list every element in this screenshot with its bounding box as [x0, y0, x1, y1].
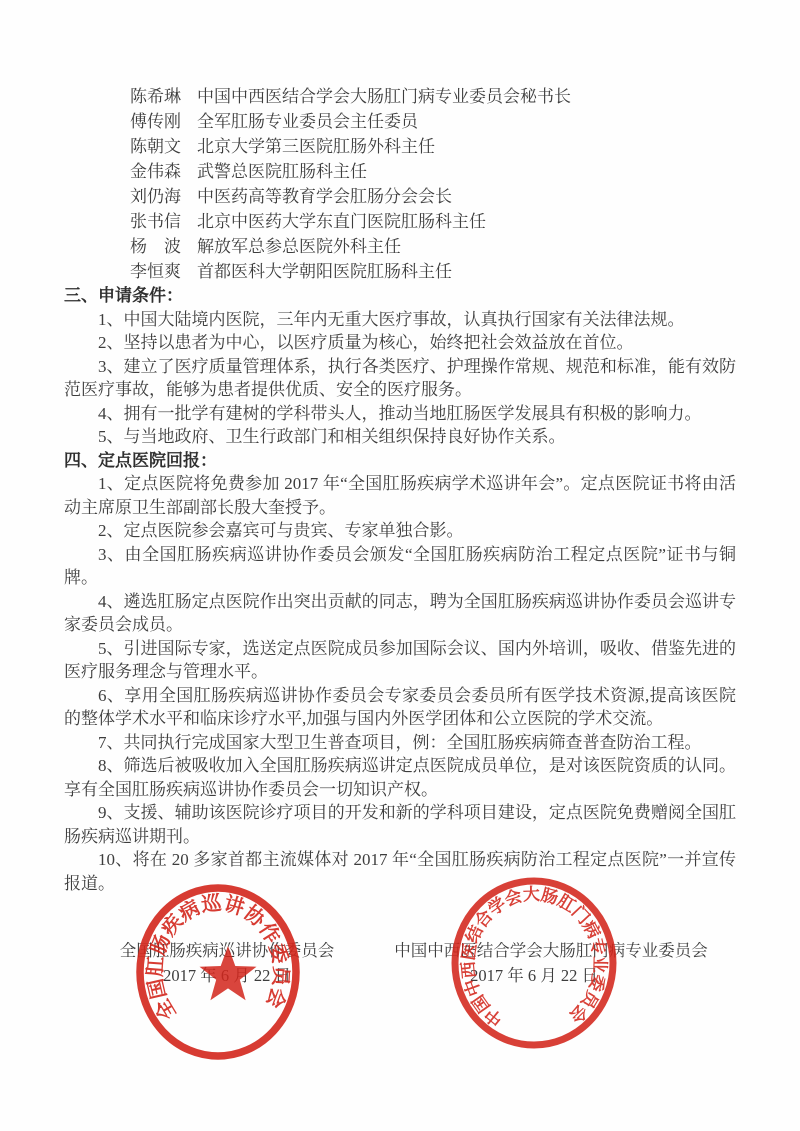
- signature-date-right: 2017 年 6 月 22 日: [392, 964, 710, 989]
- return-item: 6、享用全国肛肠疾病巡讲协作委员会专家委员会委员所有医学技术资源,提高该医院的整…: [64, 684, 736, 731]
- member-title: 北京大学第三医院肛肠外科主任: [197, 134, 736, 159]
- return-item: 8、筛选后被吸收加入全国肛肠疾病巡讲定点医院成员单位，是对该医院资质的认同。享有…: [64, 754, 736, 801]
- return-item: 3、由全国肛肠疾病巡讲协作委员会颁发“全国肛肠疾病防治工程定点医院”证书与铜牌。: [64, 543, 736, 590]
- member-title: 武警总医院肛肠科主任: [197, 159, 736, 184]
- member-row: 傅传刚 全军肛肠专业委员会主任委员: [130, 109, 736, 134]
- member-title: 全军肛肠专业委员会主任委员: [197, 109, 736, 134]
- member-name: 金伟森: [130, 159, 197, 184]
- member-name: 杨 波: [130, 234, 197, 259]
- committee-members-list: 陈希琳 中国中西医结合学会大肠肛门病专业委员会秘书长 傅传刚 全军肛肠专业委员会…: [130, 84, 736, 284]
- member-row: 陈希琳 中国中西医结合学会大肠肛门病专业委员会秘书长: [130, 84, 736, 109]
- member-title: 中医药高等教育学会肛肠分会会长: [197, 184, 736, 209]
- member-row: 刘仍海 中医药高等教育学会肛肠分会会长: [130, 184, 736, 209]
- member-title: 首都医科大学朝阳医院肛肠科主任: [197, 259, 736, 284]
- member-row: 陈朝文 北京大学第三医院肛肠外科主任: [130, 134, 736, 159]
- signature-org-right: 中国中西医结合学会大肠肛门病专业委员会: [392, 939, 710, 964]
- condition-item: 5、与当地政府、卫生行政部门和相关组织保持良好协作关系。: [64, 425, 736, 449]
- member-name: 陈希琳: [130, 84, 197, 109]
- section-heading-application-conditions: 三、申请条件：: [64, 284, 736, 308]
- member-row: 张书信 北京中医药大学东直门医院肛肠科主任: [130, 209, 736, 234]
- signature-date-left: 2017 年 6 月 22 日: [118, 964, 336, 989]
- document-body: 陈希琳 中国中西医结合学会大肠肛门病专业委员会秘书长 傅传刚 全军肛肠专业委员会…: [64, 84, 736, 895]
- member-row: 杨 波 解放军总参总医院外科主任: [130, 234, 736, 259]
- signature-block-right: 中国中西医结合学会大肠肛门病专业委员会 2017 年 6 月 22 日: [392, 939, 710, 988]
- return-item: 2、定点医院参会嘉宾可与贵宾、专家单独合影。: [64, 519, 736, 543]
- condition-item: 3、建立了医疗质量管理体系，执行各类医疗、护理操作常规、规范和标准，能有效防范医…: [64, 355, 736, 402]
- signature-block-left: 全国肛肠疾病巡讲协作委员会 2017 年 6 月 22 日: [118, 939, 336, 988]
- member-name: 傅传刚: [130, 109, 197, 134]
- member-row: 金伟森 武警总医院肛肠科主任: [130, 159, 736, 184]
- member-title: 中国中西医结合学会大肠肛门病专业委员会秘书长: [197, 84, 736, 109]
- member-name: 张书信: [130, 209, 197, 234]
- return-item: 4、遴选肛肠定点医院作出突出贡献的同志，聘为全国肛肠疾病巡讲协作委员会巡讲专家委…: [64, 590, 736, 637]
- member-name: 陈朝文: [130, 134, 197, 159]
- return-item: 9、支援、辅助该医院诊疗项目的开发和新的学科项目建设，定点医院免费赠阅全国肛肠疾…: [64, 801, 736, 848]
- return-item: 7、共同执行完成国家大型卫生普查项目，例：全国肛肠疾病筛查普查防治工程。: [64, 731, 736, 755]
- member-row: 李恒爽 首都医科大学朝阳医院肛肠科主任: [130, 259, 736, 284]
- member-title: 北京中医药大学东直门医院肛肠科主任: [197, 209, 736, 234]
- section-heading-hospital-returns: 四、定点医院回报：: [64, 449, 736, 473]
- return-item: 5、引进国际专家，选送定点医院成员参加国际会议、国内外培训，吸收、借鉴先进的医疗…: [64, 637, 736, 684]
- member-name: 刘仍海: [130, 184, 197, 209]
- condition-item: 2、坚持以患者为中心，以医疗质量为核心，始终把社会效益放在首位。: [64, 331, 736, 355]
- condition-item: 1、中国大陆境内医院，三年内无重大医疗事故，认真执行国家有关法律法规。: [64, 308, 736, 332]
- return-item: 1、定点医院将免费参加 2017 年“全国肛肠疾病学术巡讲年会”。定点医院证书将…: [64, 472, 736, 519]
- member-title: 解放军总参总医院外科主任: [197, 234, 736, 259]
- document-page: 陈希琳 中国中西医结合学会大肠肛门病专业委员会秘书长 傅传刚 全军肛肠专业委员会…: [0, 0, 800, 1131]
- return-item: 10、将在 20 多家首都主流媒体对 2017 年“全国肛肠疾病防治工程定点医院…: [64, 848, 736, 895]
- member-name: 李恒爽: [130, 259, 197, 284]
- signature-org-left: 全国肛肠疾病巡讲协作委员会: [118, 939, 336, 964]
- condition-item: 4、拥有一批学有建树的学科带头人，推动当地肛肠医学发展具有积极的影响力。: [64, 402, 736, 426]
